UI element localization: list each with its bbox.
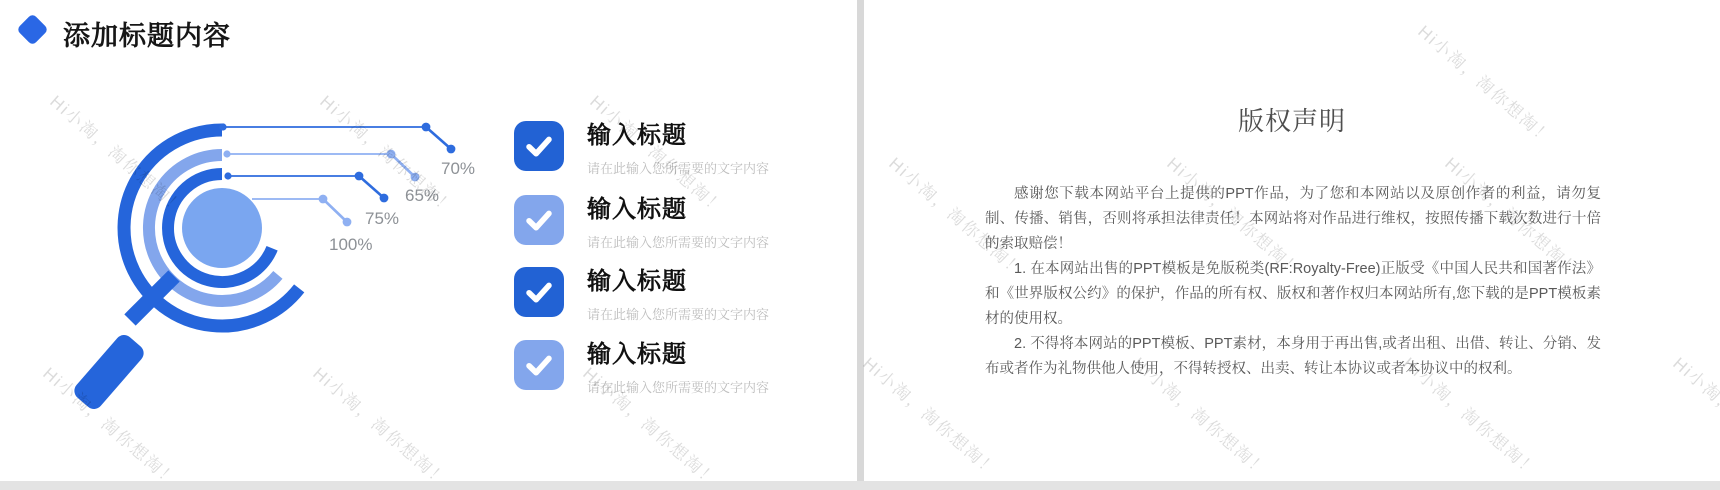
copyright-title: 版权声明 <box>864 101 1720 138</box>
list-item-2: 输入标题 请在此输入您所需要的文字内容 <box>514 195 814 247</box>
checkmark-icon <box>522 275 556 309</box>
list-item-1: 输入标题 请在此输入您所需要的文字内容 <box>514 121 814 173</box>
left-slide-title: 添加标题内容 <box>63 14 231 53</box>
checkbox-checked-icon <box>514 121 564 171</box>
magnifier-handle-grip <box>71 331 148 412</box>
callout-value-65: 65% <box>405 186 439 206</box>
slide-right: 版权声明 感谢您下载本网站平台上提供的PPT作品，为了您和本网站以及原创作者的利… <box>864 0 1720 481</box>
magnifier-lens <box>182 188 262 268</box>
item-title: 输入标题 <box>587 343 817 367</box>
item-desc: 请在此输入您所需要的文字内容 <box>587 304 817 323</box>
copyright-paragraph-2: 1. 在本网站出售的PPT模板是免版税类(RF:Royalty-Free)正版受… <box>985 257 1601 332</box>
checkmark-icon <box>522 203 556 237</box>
checkbox-checked-icon <box>514 267 564 317</box>
check-list: 输入标题 请在此输入您所需要的文字内容 输入标题 请在此输入您所需要的文字内容 <box>514 0 814 481</box>
bottom-strip <box>0 481 1720 490</box>
item-desc: 请在此输入您所需要的文字内容 <box>587 158 817 177</box>
callout-line-1 <box>219 123 455 154</box>
list-item-text: 输入标题 请在此输入您所需要的文字内容 <box>587 195 817 251</box>
callout-line-3 <box>224 172 388 203</box>
list-item-text: 输入标题 请在此输入您所需要的文字内容 <box>587 121 817 177</box>
diamond-bullet-icon <box>16 13 49 46</box>
ppt-template-preview: 添加标题内容 <box>0 0 1720 490</box>
slide-gap-divider <box>857 0 864 481</box>
list-item-3: 输入标题 请在此输入您所需要的文字内容 <box>514 267 814 319</box>
copyright-paragraph-3: 2. 不得将本网站的PPT模板、PPT素材，本身用于再出售,或者出租、出借、转让… <box>985 332 1601 382</box>
checkmark-icon <box>522 129 556 163</box>
callout-line-4 <box>252 195 351 227</box>
item-desc: 请在此输入您所需要的文字内容 <box>587 232 817 251</box>
item-title: 输入标题 <box>587 270 817 294</box>
list-item-text: 输入标题 请在此输入您所需要的文字内容 <box>587 267 817 323</box>
checkbox-checked-icon <box>514 195 564 245</box>
item-title: 输入标题 <box>587 124 817 148</box>
list-item-4: 输入标题 请在此输入您所需要的文字内容 <box>514 340 814 392</box>
copyright-body: 感谢您下载本网站平台上提供的PPT作品，为了您和本网站以及原创作者的利益，请勿复… <box>985 182 1601 382</box>
magnifier-infographic-icon <box>0 60 500 481</box>
list-item-text: 输入标题 请在此输入您所需要的文字内容 <box>587 340 817 396</box>
item-title: 输入标题 <box>587 198 817 222</box>
checkbox-checked-icon <box>514 340 564 390</box>
checkmark-icon <box>522 348 556 382</box>
callout-value-70: 70% <box>441 159 475 179</box>
slide-left: 添加标题内容 <box>0 0 857 481</box>
item-desc: 请在此输入您所需要的文字内容 <box>587 377 817 396</box>
copyright-paragraph-1: 感谢您下载本网站平台上提供的PPT作品，为了您和本网站以及原创作者的利益，请勿复… <box>985 182 1601 257</box>
callout-value-75: 75% <box>365 209 399 229</box>
callout-value-100: 100% <box>329 235 372 255</box>
